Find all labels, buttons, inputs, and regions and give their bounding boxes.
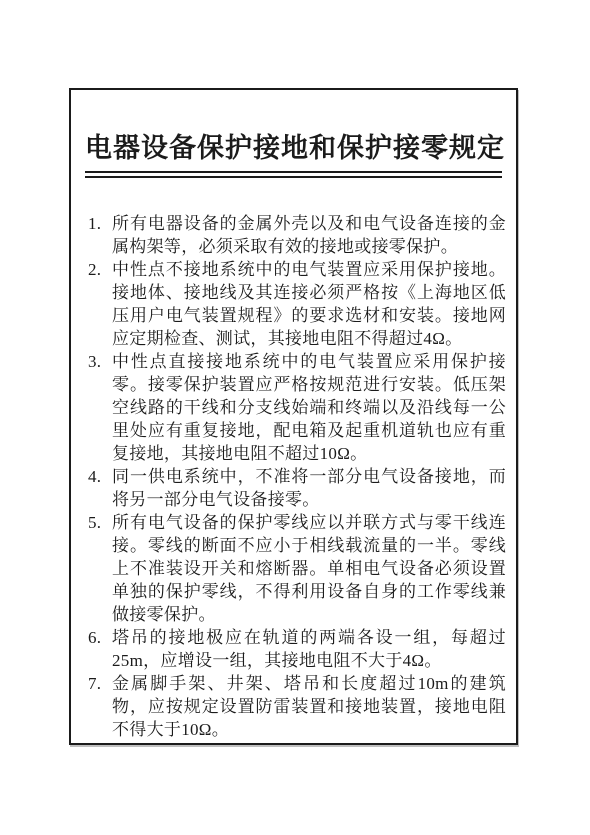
regulation-item-4: 4. 同一供电系统中，不准将一部分电气设备接地，而将另一部分电气设备接零。 — [88, 465, 506, 511]
item-text: 中性点不接地系统中的电气装置应采用保护接地。接地体、接地线及其连接必须严格按《上… — [112, 258, 506, 350]
regulation-item-1: 1. 所有电器设备的金属外壳以及和电气设备连接的金属构架等，必须采取有效的接地或… — [88, 212, 506, 258]
regulation-item-2: 2. 中性点不接地系统中的电气装置应采用保护接地。接地体、接地线及其连接必须严格… — [88, 258, 506, 350]
regulation-item-7: 7. 金属脚手架、井架、塔吊和长度超过10m的建筑物，应按规定设置防雷装置和接地… — [88, 672, 506, 741]
document-title: 电器设备保护接地和保护接零规定 — [85, 126, 502, 165]
item-number: 3. — [88, 350, 112, 465]
regulation-item-6: 6. 塔吊的接地极应在轨道的两端各设一组，每超过25m，应增设一组，其接地电阻不… — [88, 626, 506, 672]
item-number: 1. — [88, 212, 112, 258]
item-text: 塔吊的接地极应在轨道的两端各设一组，每超过25m，应增设一组，其接地电阻不大于4… — [112, 626, 506, 672]
item-number: 5. — [88, 511, 112, 626]
regulation-list: 1. 所有电器设备的金属外壳以及和电气设备连接的金属构架等，必须采取有效的接地或… — [88, 212, 506, 741]
regulation-item-3: 3. 中性点直接接地系统中的电气装置应采用保护接零。接零保护装置应严格按规范进行… — [88, 350, 506, 465]
item-number: 7. — [88, 672, 112, 741]
item-number: 2. — [88, 258, 112, 350]
title-double-underline: 电器设备保护接地和保护接零规定 — [85, 126, 502, 178]
item-text: 同一供电系统中，不准将一部分电气设备接地，而将另一部分电气设备接零。 — [112, 465, 506, 511]
item-text: 金属脚手架、井架、塔吊和长度超过10m的建筑物，应按规定设置防雷装置和接地装置，… — [112, 672, 506, 741]
regulation-item-5: 5. 所有电气设备的保护零线应以并联方式与零干线连接。零线的断面不应小于相线载流… — [88, 511, 506, 626]
item-text: 所有电气设备的保护零线应以并联方式与零干线连接。零线的断面不应小于相线载流量的一… — [112, 511, 506, 626]
item-number: 4. — [88, 465, 112, 511]
item-text: 中性点直接接地系统中的电气装置应采用保护接零。接零保护装置应严格按规范进行安装。… — [112, 350, 506, 465]
item-number: 6. — [88, 626, 112, 672]
document-page: 电器设备保护接地和保护接零规定 1. 所有电器设备的金属外壳以及和电气设备连接的… — [69, 88, 518, 745]
item-text: 所有电器设备的金属外壳以及和电气设备连接的金属构架等，必须采取有效的接地或接零保… — [112, 212, 506, 258]
